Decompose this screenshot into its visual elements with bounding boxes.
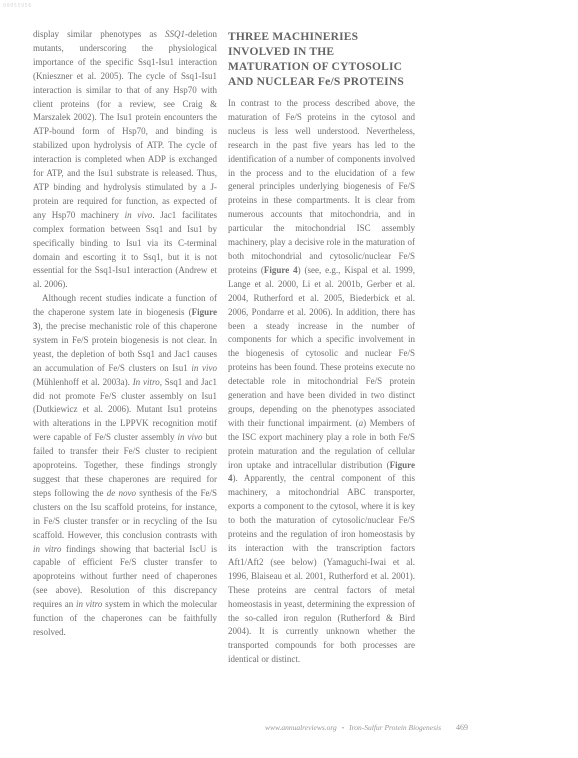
footer-article-title: Iron-Sulfur Protein Biogenesis bbox=[349, 723, 441, 732]
journal-page: 00055956 display similar phenotypes as S… bbox=[0, 0, 578, 758]
scan-watermark: 00055956 bbox=[3, 3, 32, 9]
body-paragraph: Although recent studies indicate a funct… bbox=[33, 292, 217, 640]
section-heading: THREE MACHINERIES INVOLVED IN THE MATURA… bbox=[228, 30, 415, 90]
page-footer: www.annualreviews.org • Iron-Sulfur Prot… bbox=[265, 723, 479, 732]
page-number: 469 bbox=[456, 723, 468, 732]
left-column: display similar phenotypes as SSQ1-delet… bbox=[33, 28, 217, 667]
text-columns: display similar phenotypes as SSQ1-delet… bbox=[33, 28, 415, 667]
body-paragraph: In contrast to the process described abo… bbox=[228, 97, 415, 667]
footer-bullet-separator: • bbox=[342, 725, 344, 732]
footer-journal-url: www.annualreviews.org bbox=[265, 723, 337, 732]
body-paragraph: display similar phenotypes as SSQ1-delet… bbox=[33, 28, 217, 292]
right-column: THREE MACHINERIES INVOLVED IN THE MATURA… bbox=[228, 28, 415, 667]
